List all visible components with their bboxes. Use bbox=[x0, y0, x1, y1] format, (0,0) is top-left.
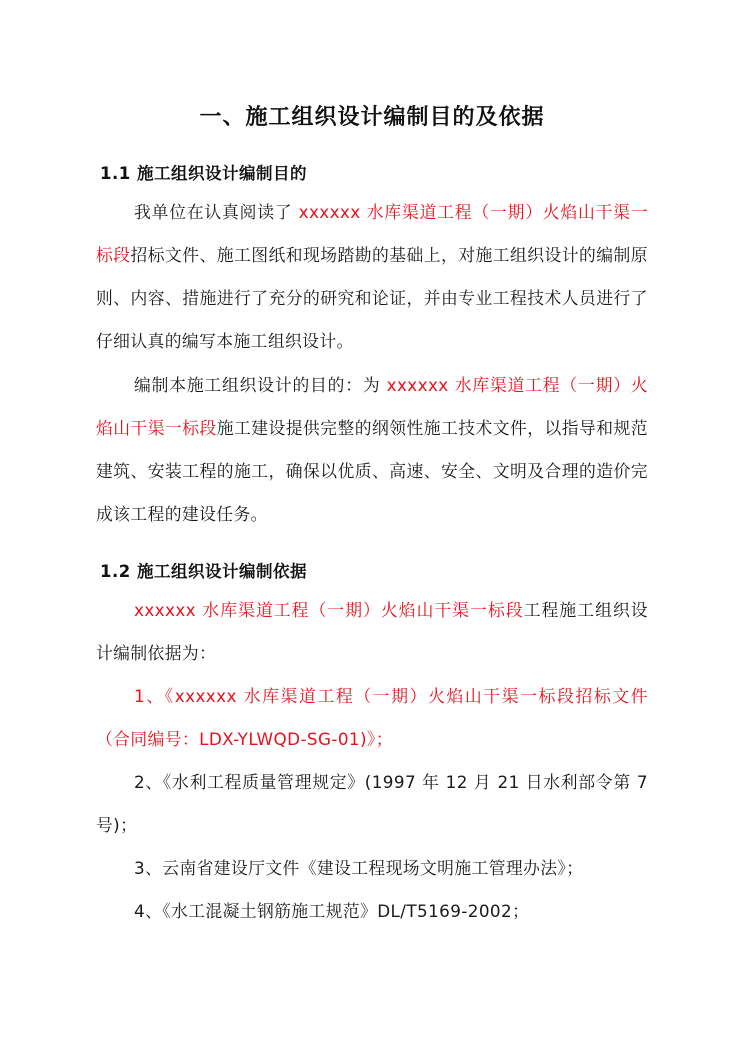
paragraph-basis-intro: xxxxxx 水库渠道工程（一期）火焰山干渠一标段工程施工组织设计编制依据为： bbox=[96, 589, 648, 675]
reference-item-4: 4、《水工混凝土钢筋施工规范》DL/T5169-2002； bbox=[96, 890, 648, 933]
paragraph-purpose-2: 编制本施工组织设计的目的：为 xxxxxx 水库渠道工程（一期）火焰山干渠一标段… bbox=[96, 364, 648, 536]
section-heading-basis: 1.2 施工组织设计编制依据 bbox=[100, 558, 307, 582]
text-segment: 招标文件、施工图纸和现场踏勘的基础上，对施工组织设计的编制原则、内容、措施进行了… bbox=[96, 245, 648, 351]
paragraph-purpose-1: 我单位在认真阅读了 xxxxxx 水库渠道工程（一期）火焰山干渠一标段招标文件、… bbox=[96, 191, 648, 363]
reference-item-1: 1、《xxxxxx 水库渠道工程（一期）火焰山干渠一标段招标文件（合同编号：LD… bbox=[96, 675, 648, 761]
reference-item-2: 2、《水利工程质量管理规定》(1997 年 12 月 21 日水利部令第 7 号… bbox=[96, 761, 648, 847]
section-heading-purpose: 1.1 施工组织设计编制目的 bbox=[100, 160, 307, 184]
reference-item-3: 3、云南省建设厅文件《建设工程现场文明施工管理办法》； bbox=[96, 847, 648, 890]
page-title: 一、施工组织设计编制目的及依据 bbox=[96, 100, 648, 131]
project-name-highlight: xxxxxx 水库渠道工程（一期）火焰山干渠一标段 bbox=[134, 600, 524, 620]
text-segment: 我单位在认真阅读了 bbox=[134, 202, 299, 222]
text-segment: 编制本施工组织设计的目的：为 bbox=[134, 375, 387, 395]
